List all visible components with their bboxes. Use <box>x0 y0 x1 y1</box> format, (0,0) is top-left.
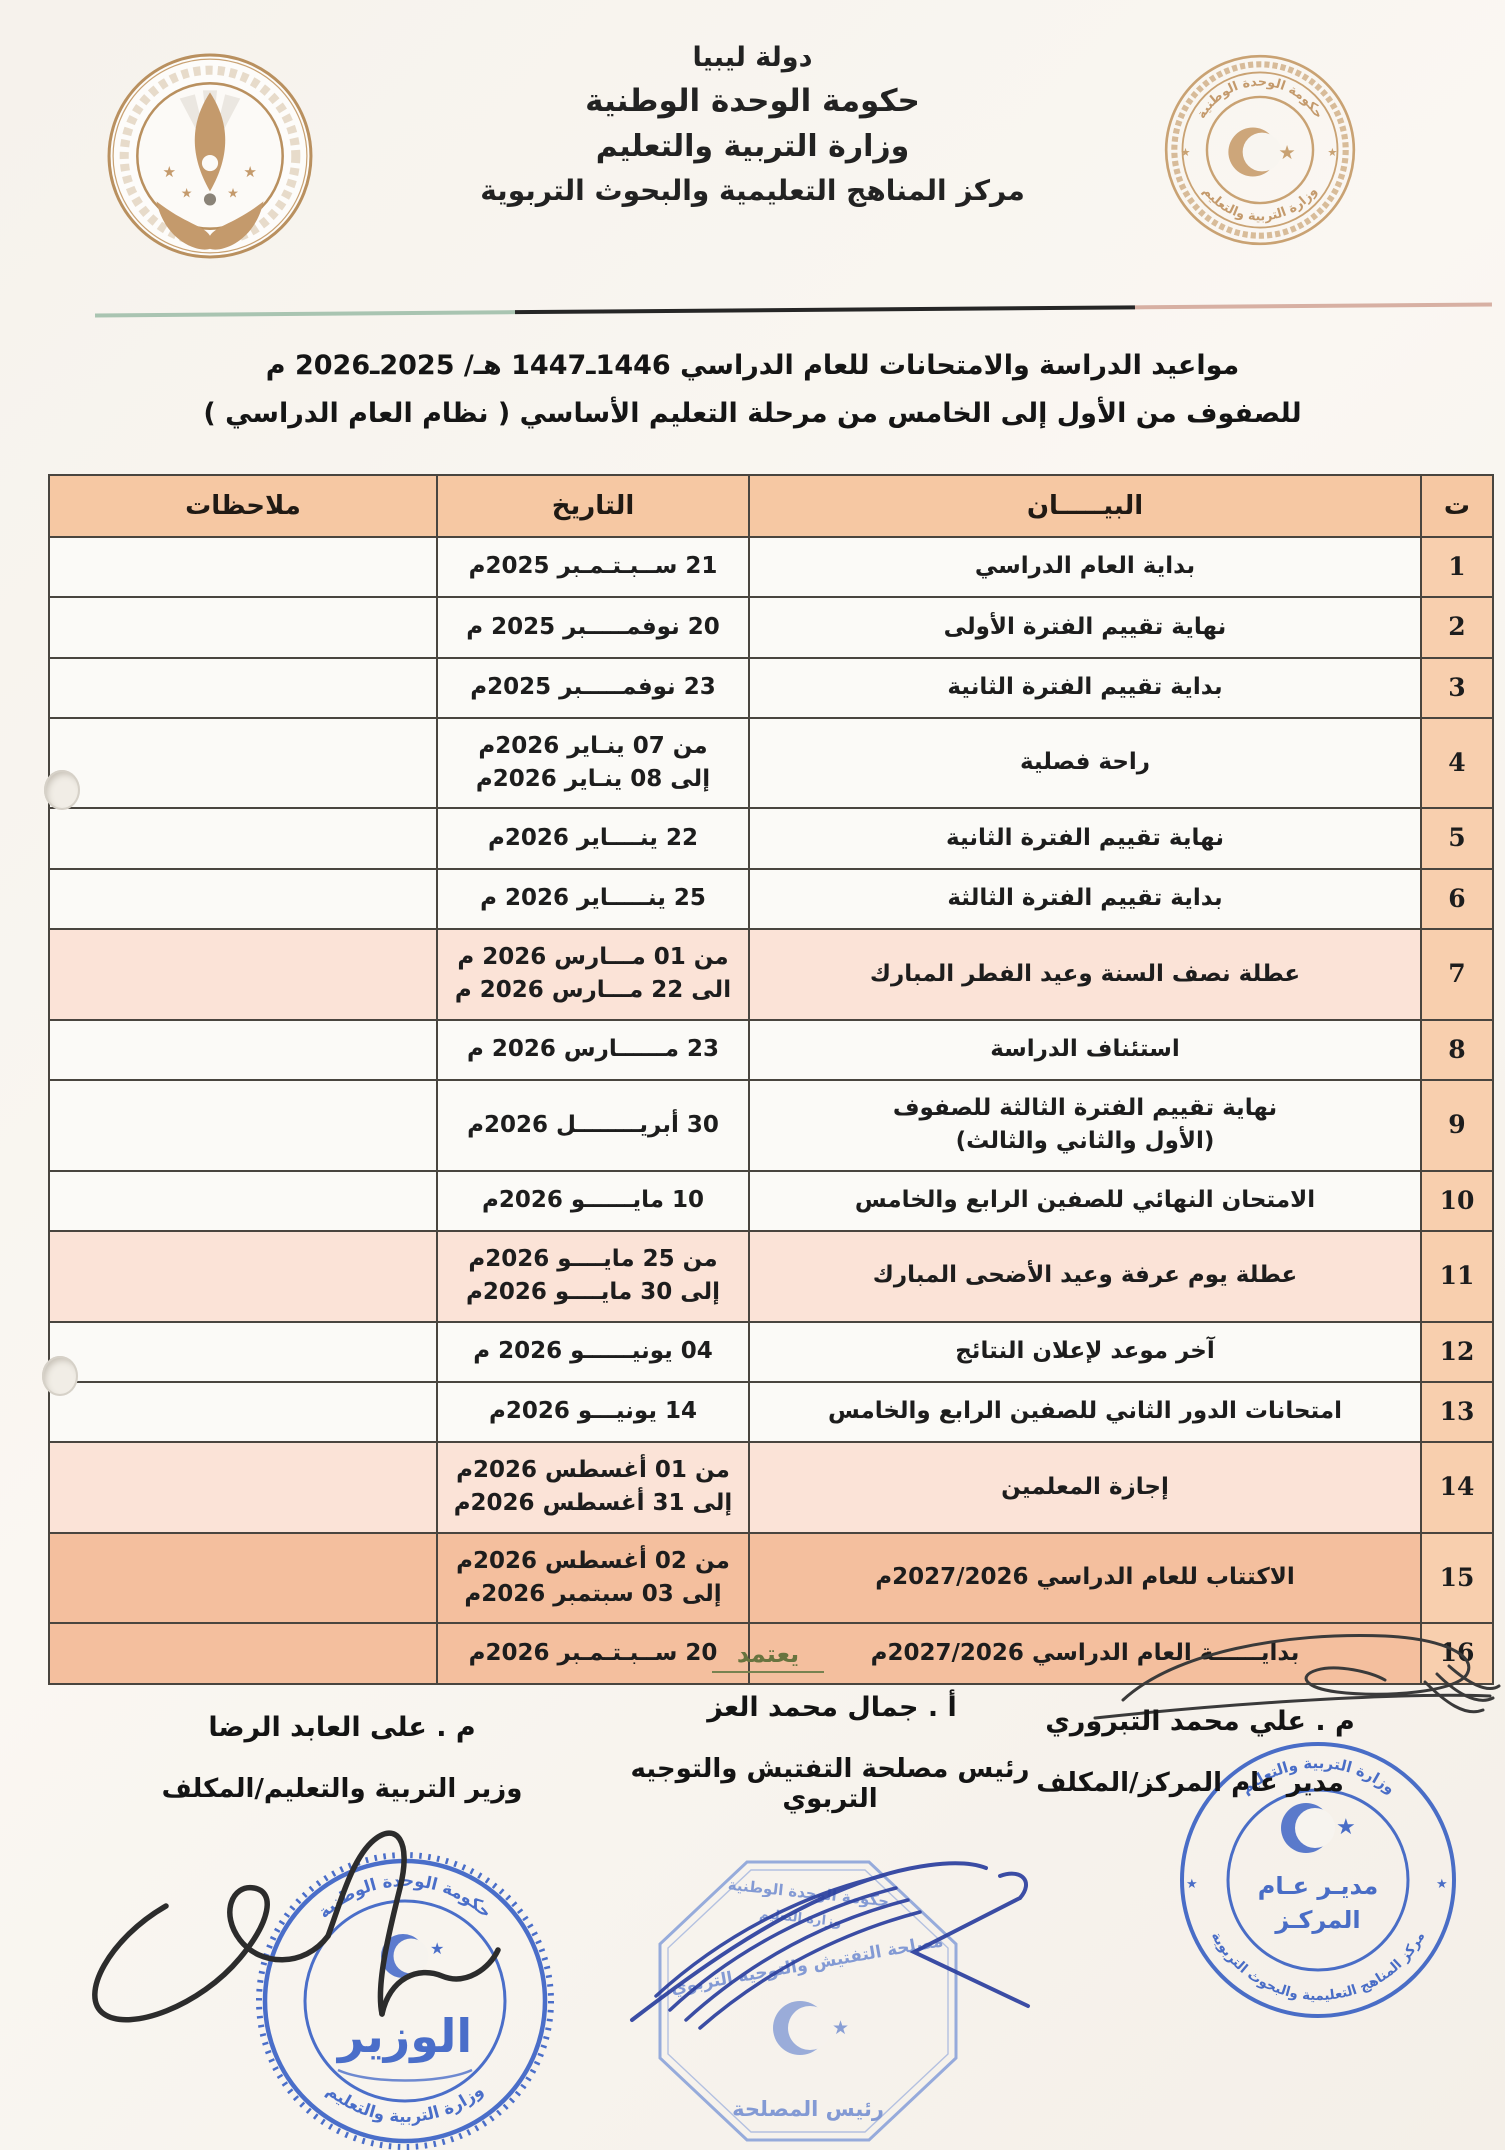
cell-date: 23 نوفمـــــبر 2025م <box>437 658 749 718</box>
schedule-body: 1بداية العام الدراسي21 ســبـتـمـبر 2025م… <box>49 537 1493 1684</box>
stamp-center-line2: المركـز <box>1274 1906 1360 1934</box>
star-icon: ★ <box>1336 1815 1356 1840</box>
stamp-arc-bottom: وزارة التربية والتعليم <box>323 2081 487 2127</box>
cell-num: 8 <box>1421 1020 1493 1080</box>
cell-date: 21 ســبـتـمـبر 2025م <box>437 537 749 597</box>
signatory-name-director: م . علي محمد التبروري <box>1010 1706 1390 1737</box>
table-row: 10الامتحان النهائي للصفين الرابع والخامس… <box>49 1171 1493 1231</box>
cell-date: 20 ســبـتـمـبر 2026م <box>437 1623 749 1683</box>
cell-num: 5 <box>1421 808 1493 868</box>
cell-desc: استئناف الدراسة <box>749 1020 1421 1080</box>
document-title: مواعيد الدراسة والامتحانات للعام الدراسي… <box>0 342 1505 438</box>
schedule-table: ت البيـــــان التاريخ ملاحظات 1بداية الع… <box>48 474 1494 1685</box>
table-row: 14إجازة المعلمينمن 01 أغسطس 2026م إلى 31… <box>49 1442 1493 1533</box>
cell-date: من 25 مايــــو 2026م إلى 30 مايــــو 202… <box>437 1231 749 1322</box>
country-name: دولة ليبيا <box>0 42 1505 73</box>
approval-word: يعتمد <box>712 1640 824 1673</box>
stamp-flourish <box>338 2070 472 2081</box>
table-row: 12آخر موعد لإعلان النتائج04 يونيــــــو … <box>49 1322 1493 1382</box>
table-header-row: ت البيـــــان التاريخ ملاحظات <box>49 475 1493 537</box>
cell-date: من 01 أغسطس 2026م إلى 31 أغسطس 2026م <box>437 1442 749 1533</box>
cell-desc: بداية تقييم الفترة الثالثة <box>749 869 1421 929</box>
government-name: حكومة الوحدة الوطنية <box>0 83 1505 119</box>
cell-date: من 07 ينـاير 2026م إلى 08 ينـاير 2026م <box>437 718 749 809</box>
cell-notes <box>49 1231 437 1322</box>
svg-text:وزارة التربية والتعليم: وزارة التربية والتعليم <box>323 2081 487 2127</box>
cell-notes <box>49 1442 437 1533</box>
center-name: مركز المناهج التعليمية والبحوث التربوية <box>0 174 1505 207</box>
header-num: ت <box>1421 475 1493 537</box>
table-row: 4راحة فصليةمن 07 ينـاير 2026م إلى 08 ينـ… <box>49 718 1493 809</box>
star-icon: ★ <box>1186 1877 1198 1892</box>
table-row: 15الاكتتاب للعام الدراسي 2027/2026ممن 02… <box>49 1533 1493 1624</box>
cell-date: 30 أبريــــــــل 2026م <box>437 1080 749 1171</box>
cell-notes <box>49 718 437 809</box>
table-row: 11عطلة يوم عرفة وعيد الأضحى المباركمن 25… <box>49 1231 1493 1322</box>
cell-notes <box>49 1623 437 1683</box>
cell-desc: عطلة نصف السنة وعيد الفطر المبارك <box>749 929 1421 1020</box>
ministry-name: وزارة التربية والتعليم <box>0 129 1505 164</box>
tricolor-divider <box>95 303 1492 319</box>
cell-desc: الاكتتاب للعام الدراسي 2027/2026م <box>749 1533 1421 1624</box>
table-row: 7عطلة نصف السنة وعيد الفطر المباركمن 01 … <box>49 929 1493 1020</box>
table-row: 6بداية تقييم الفترة الثالثة25 ينـــــاير… <box>49 869 1493 929</box>
letterhead: دولة ليبيا حكومة الوحدة الوطنية وزارة ال… <box>0 42 1505 217</box>
cell-date: 20 نوفمـــــبر 2025 م <box>437 597 749 657</box>
cell-desc: بداية تقييم الفترة الثانية <box>749 658 1421 718</box>
cell-num: 15 <box>1421 1533 1493 1624</box>
title-line-2: للصفوف من الأول إلى الخامس من مرحلة التع… <box>0 390 1505 438</box>
cell-num: 9 <box>1421 1080 1493 1171</box>
cell-num: 10 <box>1421 1171 1493 1231</box>
cell-notes <box>49 1382 437 1442</box>
title-line-1: مواعيد الدراسة والامتحانات للعام الدراسي… <box>0 342 1505 390</box>
star-icon: ★ <box>1436 1877 1448 1892</box>
header-notes: ملاحظات <box>49 475 437 537</box>
cell-desc: نهاية تقييم الفترة الثانية <box>749 808 1421 868</box>
cell-desc: عطلة يوم عرفة وعيد الأضحى المبارك <box>749 1231 1421 1322</box>
cell-notes <box>49 1020 437 1080</box>
punch-hole <box>42 1356 78 1396</box>
signatory-name-inspection-chief: أ . جمال محمد العز <box>642 1692 1022 1723</box>
cell-notes <box>49 1171 437 1231</box>
cell-num: 14 <box>1421 1442 1493 1533</box>
cell-num: 1 <box>1421 537 1493 597</box>
cell-notes <box>49 537 437 597</box>
cell-notes <box>49 929 437 1020</box>
table-row: 3بداية تقييم الفترة الثانية23 نوفمـــــب… <box>49 658 1493 718</box>
cell-num: 2 <box>1421 597 1493 657</box>
cell-notes <box>49 658 437 718</box>
signatory-title-minister: وزير التربية والتعليم/المكلف <box>112 1774 572 1804</box>
signatory-title-inspection-chief: رئيس مصلحة التفتيش والتوجيه التربوي <box>580 1754 1080 1814</box>
cell-desc: إجازة المعلمين <box>749 1442 1421 1533</box>
cell-num: 11 <box>1421 1231 1493 1322</box>
cell-date: من 01 مـــارس 2026 م الى 22 مـــارس 2026… <box>437 929 749 1020</box>
cell-date: 22 ينــــاير 2026م <box>437 808 749 868</box>
table-row: 13امتحانات الدور الثاني للصفين الرابع وا… <box>49 1382 1493 1442</box>
table-row: 1بداية العام الدراسي21 ســبـتـمـبر 2025م <box>49 537 1493 597</box>
divider-green <box>95 310 515 317</box>
cell-notes <box>49 1533 437 1624</box>
schedule-table-wrap: ت البيـــــان التاريخ ملاحظات 1بداية الع… <box>48 474 1494 1685</box>
cell-desc: راحة فصلية <box>749 718 1421 809</box>
cell-num: 7 <box>1421 929 1493 1020</box>
cell-num: 4 <box>1421 718 1493 809</box>
cell-notes <box>49 597 437 657</box>
cell-desc: الامتحان النهائي للصفين الرابع والخامس <box>749 1171 1421 1231</box>
table-row: 8استئناف الدراسة23 مــــــارس 2026 م <box>49 1020 1493 1080</box>
cell-notes <box>49 869 437 929</box>
stamp-bottom: رئيس المصلحة <box>732 2097 884 2121</box>
cell-notes <box>49 808 437 868</box>
cell-desc: نهاية تقييم الفترة الأولى <box>749 597 1421 657</box>
cell-num: 12 <box>1421 1322 1493 1382</box>
punch-hole <box>44 770 80 810</box>
cell-date: 10 مايــــــو 2026م <box>437 1171 749 1231</box>
cell-date: 14 يونيـــو 2026م <box>437 1382 749 1442</box>
table-row: 2نهاية تقييم الفترة الأولى20 نوفمـــــبر… <box>49 597 1493 657</box>
table-row: 9نهاية تقييم الفترة الثالثة للصفوف (الأو… <box>49 1080 1493 1171</box>
table-row: 5نهاية تقييم الفترة الثانية22 ينــــاير … <box>49 808 1493 868</box>
divider-rose <box>1135 303 1492 310</box>
cell-num: 6 <box>1421 869 1493 929</box>
cell-desc: امتحانات الدور الثاني للصفين الرابع والخ… <box>749 1382 1421 1442</box>
cell-desc: نهاية تقييم الفترة الثالثة للصفوف (الأول… <box>749 1080 1421 1171</box>
header-desc: البيـــــان <box>749 475 1421 537</box>
cell-notes <box>49 1080 437 1171</box>
cell-date: 25 ينـــــاير 2026 م <box>437 869 749 929</box>
cell-desc: آخر موعد لإعلان النتائج <box>749 1322 1421 1382</box>
cell-date: 04 يونيــــــو 2026 م <box>437 1322 749 1382</box>
header-date: التاريخ <box>437 475 749 537</box>
cell-num: 3 <box>1421 658 1493 718</box>
minister-signature <box>70 1818 530 2038</box>
divider-dark <box>515 305 1135 314</box>
cell-notes <box>49 1322 437 1382</box>
cell-date: 23 مــــــارس 2026 م <box>437 1020 749 1080</box>
cell-date: من 02 أغسطس 2026م إلى 03 سبتمبر 2026م <box>437 1533 749 1624</box>
document-page: ★ ★ ★ ★ ★ حكومة الوحدة الوطنية وزارة الت… <box>0 0 1505 2150</box>
cell-num: 13 <box>1421 1382 1493 1442</box>
cell-desc: بداية العام الدراسي <box>749 537 1421 597</box>
inspection-chief-signature <box>596 1824 1066 2059</box>
stamp-center-line1: مديـر عـام <box>1258 1872 1378 1900</box>
signatory-name-minister: م . على العابد الرضا <box>152 1712 532 1743</box>
